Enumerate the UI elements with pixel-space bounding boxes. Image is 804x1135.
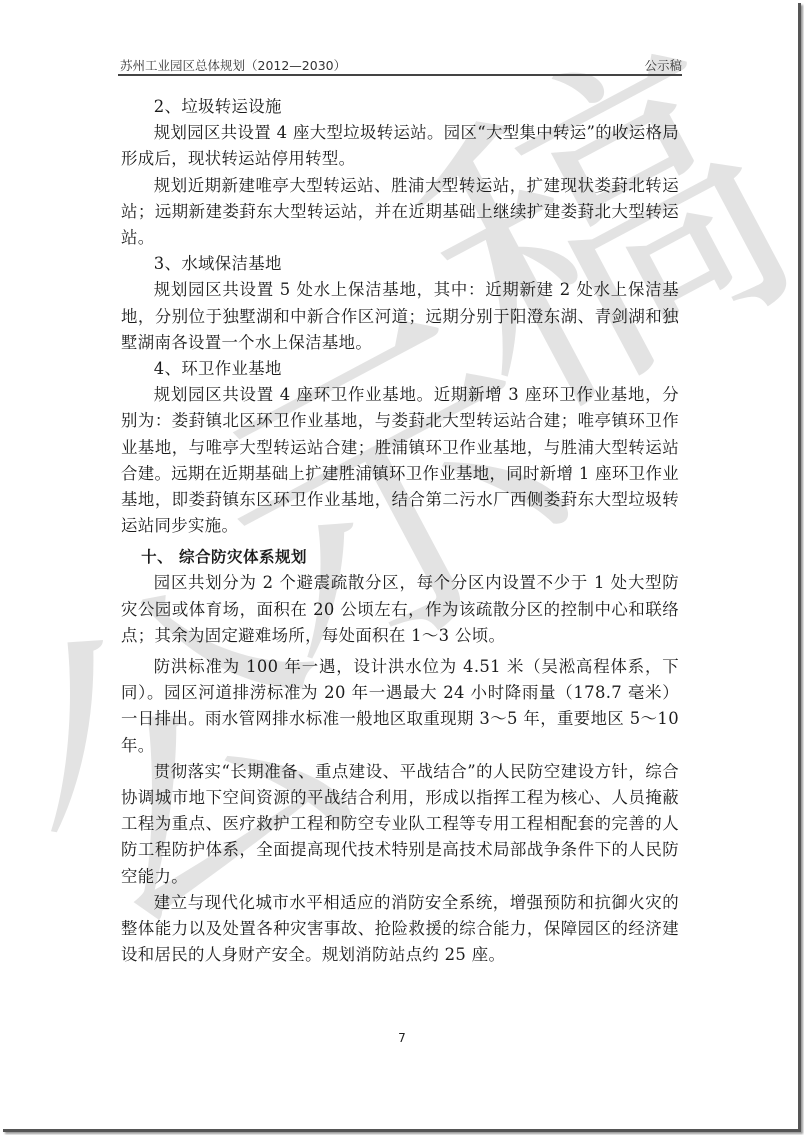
document-page: 公 示 稿 苏州工业园区总体规划（2012—2030） 公示稿 2、垃圾转运设施… bbox=[0, 0, 798, 1129]
subsection-heading-sanitation-base: 4、环卫作业基地 bbox=[121, 356, 679, 382]
paragraph: 园区共划分为 2 个避震疏散分区，每个分区内设置不少于 1 处大型防灾公园或体育… bbox=[121, 570, 679, 649]
header-divider bbox=[118, 74, 682, 76]
paragraph: 规划近期新建唯亭大型转运站、胜浦大型转运站，扩建现状娄葑北转运站；远期新建娄葑东… bbox=[121, 173, 679, 252]
paragraph: 规划园区共设置 4 座环卫作业基地。近期新增 3 座环卫作业基地，分别为：娄葑镇… bbox=[121, 382, 679, 539]
page-body: 2、垃圾转运设施 规划园区共设置 4 座大型垃圾转运站。园区“大型集中转运”的收… bbox=[121, 94, 679, 969]
subsection-heading-garbage-transfer: 2、垃圾转运设施 bbox=[121, 94, 679, 120]
subsection-heading-water-cleaning: 3、水域保洁基地 bbox=[121, 251, 679, 277]
page-number: 7 bbox=[0, 1031, 798, 1045]
section-heading-disaster-prevention: 十、 综合防灾体系规划 bbox=[121, 539, 679, 570]
paragraph: 规划园区共设置 5 处水上保洁基地，其中：近期新建 2 处水上保洁基地，分别位于… bbox=[121, 277, 679, 356]
paragraph: 防洪标准为 100 年一遇，设计洪水位为 4.51 米（吴淞高程体系，下同）。园… bbox=[121, 654, 679, 759]
paragraph: 贯彻落实“长期准备、重点建设、平战结合”的人民防空建设方针，综合协调城市地下空间… bbox=[121, 759, 679, 890]
paragraph: 建立与现代化城市水平相适应的消防安全系统，增强预防和抗御火灾的整体能力以及处置各… bbox=[121, 890, 679, 969]
draft-status-label: 公示稿 bbox=[644, 56, 682, 74]
page-header: 苏州工业园区总体规划（2012—2030） 公示稿 bbox=[120, 56, 682, 74]
paragraph: 规划园区共设置 4 座大型垃圾转运站。园区“大型集中转运”的收运格局形成后，现状… bbox=[121, 120, 679, 172]
document-title: 苏州工业园区总体规划（2012—2030） bbox=[120, 56, 346, 74]
